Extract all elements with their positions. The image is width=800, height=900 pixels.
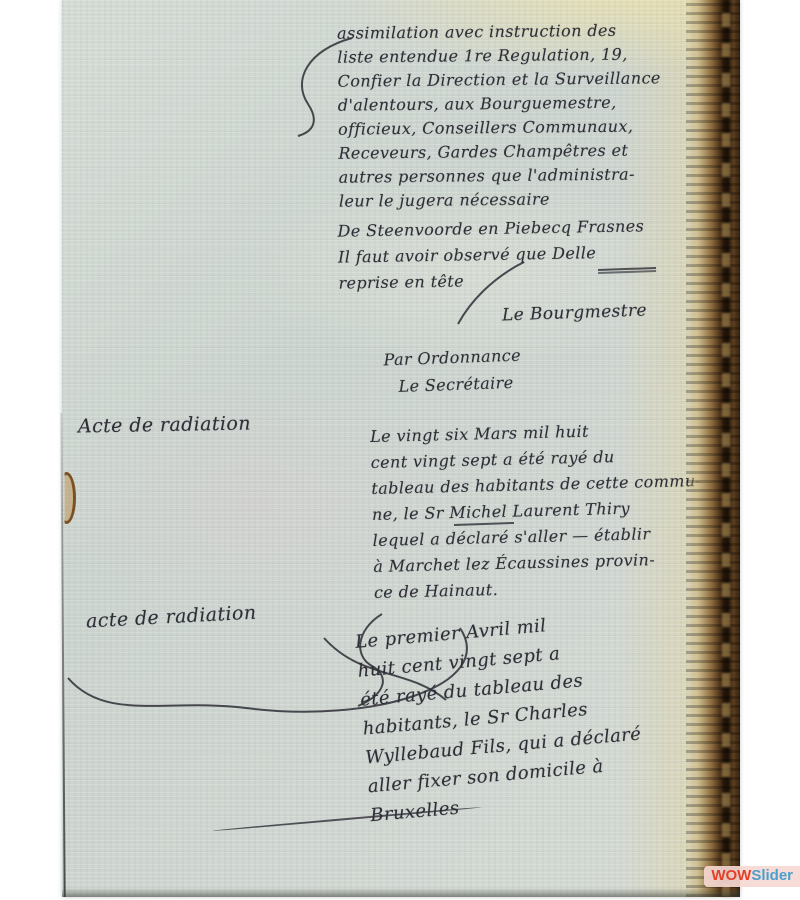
handwritten-line: Receveurs, Gardes Champêtres et (338, 138, 661, 165)
watermark-wow-text: WOW (711, 867, 751, 884)
binding-streaks (722, 0, 730, 897)
wowslider-watermark[interactable]: WOWSlider (704, 866, 800, 887)
scanned-register-page: assimilation avec instruction des liste … (0, 0, 800, 900)
bottom-edge-shadow (62, 888, 740, 897)
handwritten-line: Confier la Direction et la Surveillance (338, 66, 661, 93)
ordinance-block: Par Ordonnance Le Secrétaire (383, 342, 522, 401)
ink-flourish (452, 258, 532, 328)
paragraph-4: Le premier Avril mil huit cent vingt sep… (354, 604, 648, 830)
watermark-slider-text: Slider (751, 867, 793, 884)
handwritten-line: d'alentours, aux Bourguemestre, (338, 90, 661, 117)
manuscript-paper: assimilation avec instruction des liste … (62, 0, 740, 897)
margin-note-acte-de-radiation: Acte de radiation (78, 412, 251, 437)
handwritten-line: assimilation avec instruction des (337, 18, 660, 45)
paragraph-1: assimilation avec instruction des liste … (337, 18, 662, 213)
handwritten-line: officieux, Conseillers Communaux, (338, 114, 661, 141)
paragraph-3: Le vingt six Mars mil huit cent vingt se… (370, 416, 704, 606)
handwritten-line: De Steenvoorde en Piebecq Frasnes (337, 213, 644, 244)
handwritten-line: autres personnes que l'administra- (339, 162, 662, 189)
book-binding (686, 0, 740, 897)
handwritten-line: liste entendue 1re Regulation, 19, (337, 42, 660, 69)
handwritten-line: Le Secrétaire (398, 369, 522, 400)
ink-flourish (290, 32, 360, 142)
handwritten-line: leur le jugera nécessaire (339, 186, 662, 213)
